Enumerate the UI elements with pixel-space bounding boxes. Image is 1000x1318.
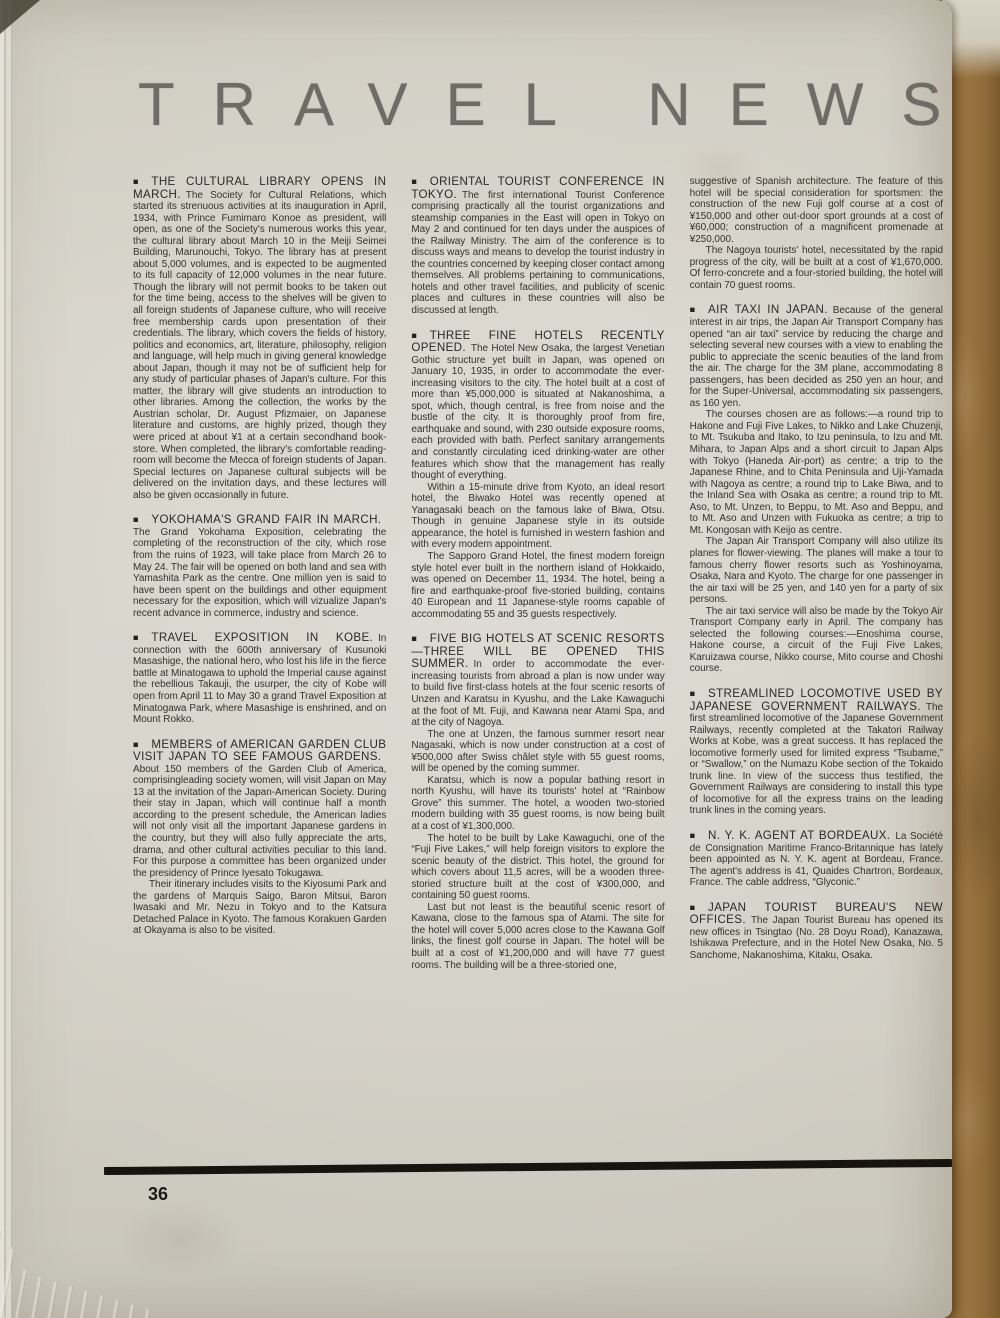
square-bullet-icon: ■	[133, 633, 138, 645]
article: ■STREAMLINED LOCOMOTIVE USED BY JAPANESE…	[690, 688, 943, 817]
article-paragraph: The Nagoya tourists' hotel, necessitated…	[690, 245, 943, 291]
article-paragraph: The air taxi service will also be made b…	[690, 606, 943, 675]
article: ■MEMBERS of AMERICAN GARDEN CLUB VISIT J…	[133, 739, 386, 937]
bottom-rule	[104, 1159, 952, 1175]
square-bullet-icon: ■	[133, 177, 138, 189]
article-columns: ■THE CULTURAL LIBRARY OPENS IN MARCH. Th…	[133, 176, 943, 984]
square-bullet-icon: ■	[133, 515, 138, 527]
article: ■FIVE BIG HOTELS AT SCENIC RESORTS—THREE…	[411, 633, 664, 971]
magazine-page: TRAVEL NEWS ■THE CULTURAL LIBRARY OPENS …	[0, 0, 952, 1318]
masthead-title: TRAVEL NEWS	[138, 70, 950, 139]
article-paragraph: The courses chosen are as follows:—a rou…	[690, 409, 943, 536]
article-heading: AIR TAXI IN JAPAN.	[708, 303, 828, 316]
article-paragraph: The Japan Air Transport Company will als…	[690, 536, 943, 605]
article: ■TRAVEL EXPOSITION IN KOBE. In connectio…	[133, 632, 386, 725]
article-heading: STREAMLINED LOCOMOTIVE USED BY JAPANESE …	[690, 687, 943, 713]
article-heading: THREE FINE HOTELS RECENTLY OPENED.	[411, 329, 664, 355]
article-lead-paragraph: suggestive of Spanish architecture. The …	[690, 176, 943, 245]
article: ■THE CULTURAL LIBRARY OPENS IN MARCH. Th…	[133, 176, 386, 501]
square-bullet-icon: ■	[690, 688, 695, 700]
article-lead-paragraph: ■THREE FINE HOTELS RECENTLY OPENED. The …	[411, 330, 664, 482]
article: ■THREE FINE HOTELS RECENTLY OPENED. The …	[411, 330, 664, 621]
page-stack-edge	[0, 0, 16, 1318]
article-lead-paragraph: ■TRAVEL EXPOSITION IN KOBE. In connectio…	[133, 632, 386, 725]
square-bullet-icon: ■	[133, 739, 138, 751]
column-3: suggestive of Spanish architecture. The …	[690, 176, 943, 984]
article: ■JAPAN TOURIST BUREAU'S NEW OFFICES. The…	[690, 902, 943, 962]
column-2: ■ORIENTAL TOURIST CONFERENCE IN TOKYO. T…	[411, 176, 664, 984]
page-number: 36	[148, 1184, 168, 1205]
article: ■N. Y. K. AGENT AT BORDEAUX. La Société …	[690, 830, 943, 889]
article-heading: MEMBERS of AMERICAN GARDEN CLUB VISIT JA…	[133, 738, 386, 764]
square-bullet-icon: ■	[411, 177, 416, 189]
article-heading: YOKOHAMA'S GRAND FAIR IN MARCH.	[151, 513, 381, 526]
square-bullet-icon: ■	[690, 305, 695, 317]
page-stack-corner	[0, 1218, 150, 1318]
article-heading: FIVE BIG HOTELS AT SCENIC RESORTS—THREE …	[411, 632, 664, 670]
article-paragraph: The one at Unzen, the famous summer reso…	[411, 729, 664, 775]
square-bullet-icon: ■	[690, 830, 695, 842]
article-lead-paragraph: ■FIVE BIG HOTELS AT SCENIC RESORTS—THREE…	[411, 633, 664, 728]
article-lead-paragraph: ■MEMBERS of AMERICAN GARDEN CLUB VISIT J…	[133, 739, 386, 880]
article-lead-paragraph: ■JAPAN TOURIST BUREAU'S NEW OFFICES. The…	[690, 902, 943, 962]
square-bullet-icon: ■	[690, 902, 695, 914]
article-lead-paragraph: ■AIR TAXI IN JAPAN. Because of the gener…	[690, 304, 943, 409]
article-paragraph: The Sapporo Grand Hotel, the finest mode…	[411, 551, 664, 620]
article-lead-paragraph: ■STREAMLINED LOCOMOTIVE USED BY JAPANESE…	[690, 688, 943, 817]
article: ■ORIENTAL TOURIST CONFERENCE IN TOKYO. T…	[411, 176, 664, 317]
article-paragraph: Last but not least is the beautiful scen…	[411, 902, 664, 971]
square-bullet-icon: ■	[411, 634, 416, 646]
article-paragraph: Their itinerary includes visits to the K…	[133, 879, 386, 937]
article-paragraph: The hotel to be built by Lake Kawaguchi,…	[411, 833, 664, 902]
article-lead-paragraph: ■N. Y. K. AGENT AT BORDEAUX. La Société …	[690, 830, 943, 889]
article-heading: JAPAN TOURIST BUREAU'S NEW OFFICES.	[690, 901, 943, 927]
article-lead-paragraph: ■YOKOHAMA'S GRAND FAIR IN MARCH. The Gra…	[133, 514, 386, 619]
article-lead-paragraph: ■ORIENTAL TOURIST CONFERENCE IN TOKYO. T…	[411, 176, 664, 317]
article-heading: THE CULTURAL LIBRARY OPENS IN MARCH.	[133, 175, 386, 201]
article-heading: ORIENTAL TOURIST CONFERENCE IN TOKYO.	[411, 175, 664, 201]
article: ■AIR TAXI IN JAPAN. Because of the gener…	[690, 304, 943, 675]
column-1: ■THE CULTURAL LIBRARY OPENS IN MARCH. Th…	[133, 176, 386, 984]
article-lead-paragraph: ■THE CULTURAL LIBRARY OPENS IN MARCH. Th…	[133, 176, 386, 501]
article-heading: TRAVEL EXPOSITION IN KOBE.	[151, 631, 373, 644]
gutter-shadow	[0, 0, 40, 34]
article-continuation: suggestive of Spanish architecture. The …	[690, 176, 943, 291]
article-heading: N. Y. K. AGENT AT BORDEAUX.	[708, 829, 890, 842]
article-paragraph: Karatsu, which is now a popular bathing …	[411, 775, 664, 833]
article-paragraph: Within a 15-minute drive from Kyoto, an …	[411, 482, 664, 551]
article: ■YOKOHAMA'S GRAND FAIR IN MARCH. The Gra…	[133, 514, 386, 619]
square-bullet-icon: ■	[411, 330, 416, 342]
